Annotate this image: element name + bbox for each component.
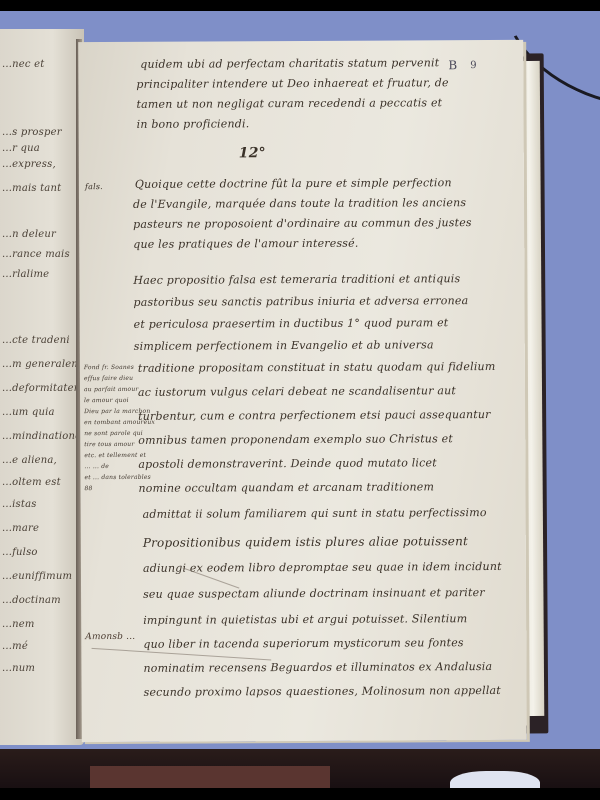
- right-page: B 9 quidem ubi ad perfectam charitatis s…: [78, 40, 527, 742]
- left-line: ...express,: [2, 159, 56, 170]
- left-line: ...oltem est: [2, 477, 61, 488]
- latin-line: nominatim recensens Beguardos et illumin…: [143, 660, 492, 675]
- latin-line: omnibus tamen proponendam exemplo suo Ch…: [138, 432, 453, 447]
- french-line: que les pratiques de l'amour interessé.: [133, 237, 358, 251]
- left-line: ...rance mais: [2, 249, 70, 260]
- left-line: ...n deleur: [2, 229, 56, 240]
- latin-line: admittat ii solum familiarem qui sunt in…: [143, 506, 487, 521]
- latin-line: traditione propositam constituat in stat…: [138, 360, 496, 375]
- french-line: pasteurs ne proposoient d'ordinaire au c…: [133, 216, 472, 231]
- left-line: ...mare: [2, 523, 39, 534]
- latin-line: secundo proximo lapsos quaestiones, Moli…: [144, 684, 501, 699]
- margin-note: tire tous amour: [84, 439, 134, 450]
- manuscript-photo: ...nec et ...s prosper ...r qua ...expre…: [0, 11, 600, 788]
- latin-line: apostoli demonstraverint. Deinde quod mu…: [138, 456, 437, 471]
- left-line: ...um quia: [2, 407, 55, 418]
- latin-line: Propositionibus quidem istis plures alia…: [143, 534, 468, 550]
- left-line: ...m generalem: [2, 359, 81, 370]
- text-line: quidem ubi ad perfectam charitatis statu…: [140, 56, 439, 71]
- left-line: ...num: [2, 663, 35, 674]
- left-line: ...deformitatem: [2, 383, 83, 394]
- left-line: ...s prosper: [2, 127, 62, 138]
- margin-note: effus faire dieu: [84, 373, 133, 384]
- latin-line: ac iustorum vulgus celari debeat ne scan…: [138, 384, 456, 399]
- left-line: ...nem: [2, 619, 35, 630]
- latin-line: seu quae suspectam aliunde doctrinam ins…: [143, 586, 485, 601]
- margin-note: 88: [84, 483, 92, 494]
- left-line: ...r qua: [2, 143, 40, 154]
- section-number: 12°: [239, 145, 266, 161]
- left-line: ...mé: [2, 641, 28, 652]
- french-line: de l'Evangile, marquée dans toute la tra…: [133, 196, 466, 211]
- left-line: ...mais tant: [2, 183, 61, 194]
- margin-note: Dieu par la marchon: [84, 406, 150, 417]
- text-line: tamen ut non negligat curam recedendi a …: [136, 96, 442, 111]
- left-page: ...nec et ...s prosper ...r qua ...expre…: [0, 29, 84, 745]
- latin-line: nomine occultam quandam et arcanam tradi…: [138, 480, 434, 495]
- text-line: in bono proficiendi.: [137, 117, 250, 131]
- margin-note: le amour quoi: [84, 395, 129, 406]
- french-line: Quoique cette doctrine fût la pure et si…: [135, 176, 452, 191]
- latin-line: quo liber in tacenda superiorum mysticor…: [143, 636, 464, 651]
- margin-note: ne sont parole qui: [84, 428, 143, 439]
- latin-line: simplicem perfectionem in Evangelio et a…: [134, 338, 434, 353]
- left-line: ...euniffimum: [2, 571, 72, 582]
- latin-line: et periculosa praesertim in ductibus 1° …: [134, 316, 449, 331]
- text-line: principaliter intendere ut Deo inhaereat…: [136, 76, 448, 91]
- white-cloth: [450, 771, 540, 788]
- margin-note: Fond fr. Soanes: [84, 362, 134, 373]
- latin-line: impingunt in quietistas ubi et argui pot…: [143, 612, 467, 627]
- margin-note: etc. et tellement et: [84, 450, 146, 461]
- margin-note: au parfait amour: [84, 384, 139, 395]
- left-line: ...e aliena,: [2, 455, 57, 466]
- bottom-margin-scribble: Amonsb ...: [85, 632, 135, 642]
- folio-number: 9: [470, 60, 476, 71]
- latin-line: Haec propositio falsa est temeraria trad…: [133, 272, 460, 287]
- left-line: ...fulso: [2, 547, 38, 558]
- margin-note: et ... dans tolerables: [84, 472, 151, 483]
- margin-note: en tombant amoureux: [84, 417, 155, 428]
- left-line: ...doctinam: [2, 595, 61, 606]
- left-line: ...istas: [2, 499, 37, 510]
- floor-background: [90, 766, 330, 788]
- left-line: ...rlalime: [2, 269, 49, 280]
- left-line: ...cte tradeni: [2, 335, 70, 346]
- latin-line: pastoribus seu sanctis patribus iniuria …: [133, 294, 468, 309]
- latin-line: turbentur, cum e contra perfectionem ets…: [138, 408, 491, 423]
- left-line: ...mindinatione: [2, 431, 81, 442]
- margin-note: ... ... de: [84, 461, 109, 472]
- side-note: fals.: [85, 182, 103, 191]
- left-line: ...nec et: [2, 59, 44, 70]
- folio-mark: B: [448, 58, 457, 72]
